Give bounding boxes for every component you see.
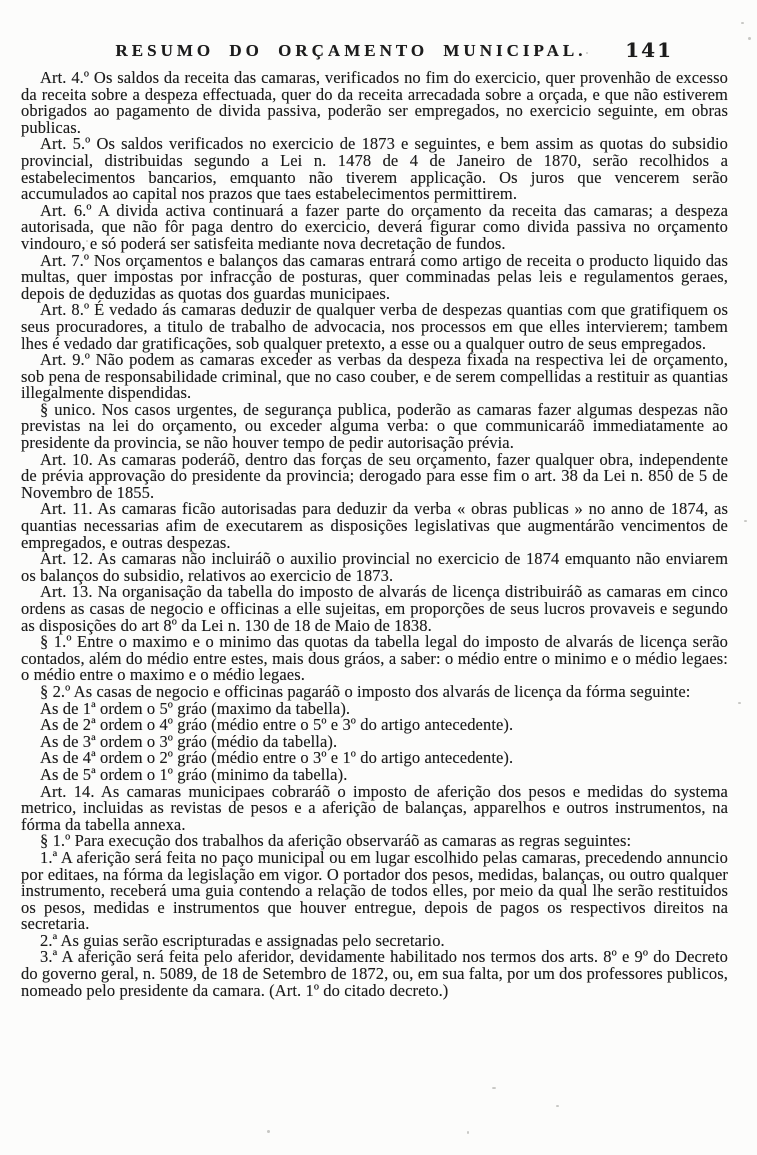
scan-speck: [267, 1130, 270, 1133]
paragraph-art-12: Art. 12. As camaras não incluiráõ o auxi…: [21, 551, 728, 584]
scanned-document-page: RESUMO DO ORÇAMENTO MUNICIPAL. 141 Art. …: [0, 0, 757, 1155]
scan-speck: [86, 240, 88, 242]
scan-speck: [741, 22, 744, 24]
paragraph-art-13: Art. 13. Na organisação da tabella do im…: [21, 584, 728, 634]
scan-speck: [748, 37, 751, 40]
paragraph-art-14: Art. 14. As camaras municipaes cobraráõ …: [21, 784, 728, 834]
page-header: RESUMO DO ORÇAMENTO MUNICIPAL. 141: [0, 0, 757, 61]
paragraph-art-4: Art. 4.º Os saldos da receita das camara…: [21, 70, 728, 136]
paragraph-art-7: Art. 7.º Nos orçamentos e balanços das c…: [21, 253, 728, 303]
paragraph-art-9: Art. 9.º Não podem as camaras exceder as…: [21, 352, 728, 402]
scan-speck: [738, 702, 741, 704]
document-body: Art. 4.º Os saldos da receita das camara…: [21, 70, 728, 999]
paragraph-art-10: Art. 10. As camaras poderáõ, dentro das …: [21, 452, 728, 502]
paragraph-unico-art-9: § unico. Nos casos urgentes, de seguranç…: [21, 402, 728, 452]
scan-speck: [586, 52, 588, 54]
paragraph-art-8: Art. 8.º É vedado ás camaras deduzir de …: [21, 302, 728, 352]
scan-speck: [556, 1105, 559, 1107]
scan-speck: [492, 1087, 496, 1089]
paragraph-art-5: Art. 5.º Os saldos verificados no exerci…: [21, 136, 728, 202]
scan-speck: [744, 520, 747, 522]
paragraph-art-11: Art. 11. As camaras ficão autorisadas pa…: [21, 501, 728, 551]
paragraph-s1-art-13: § 1.º Entre o maximo e o minimo das quot…: [21, 634, 728, 684]
scan-speck: [467, 1131, 469, 1134]
paragraph-art-6: Art. 6.º A divida activa continuará a fa…: [21, 203, 728, 253]
page-number: 141: [625, 38, 673, 62]
page-title: RESUMO DO ORÇAMENTO MUNICIPAL.: [0, 41, 702, 61]
rule-item-1: 1.ª A aferição será feita no paço munici…: [21, 850, 728, 933]
rule-item-3: 3.ª A aferição será feita pelo aferidor,…: [21, 949, 728, 999]
